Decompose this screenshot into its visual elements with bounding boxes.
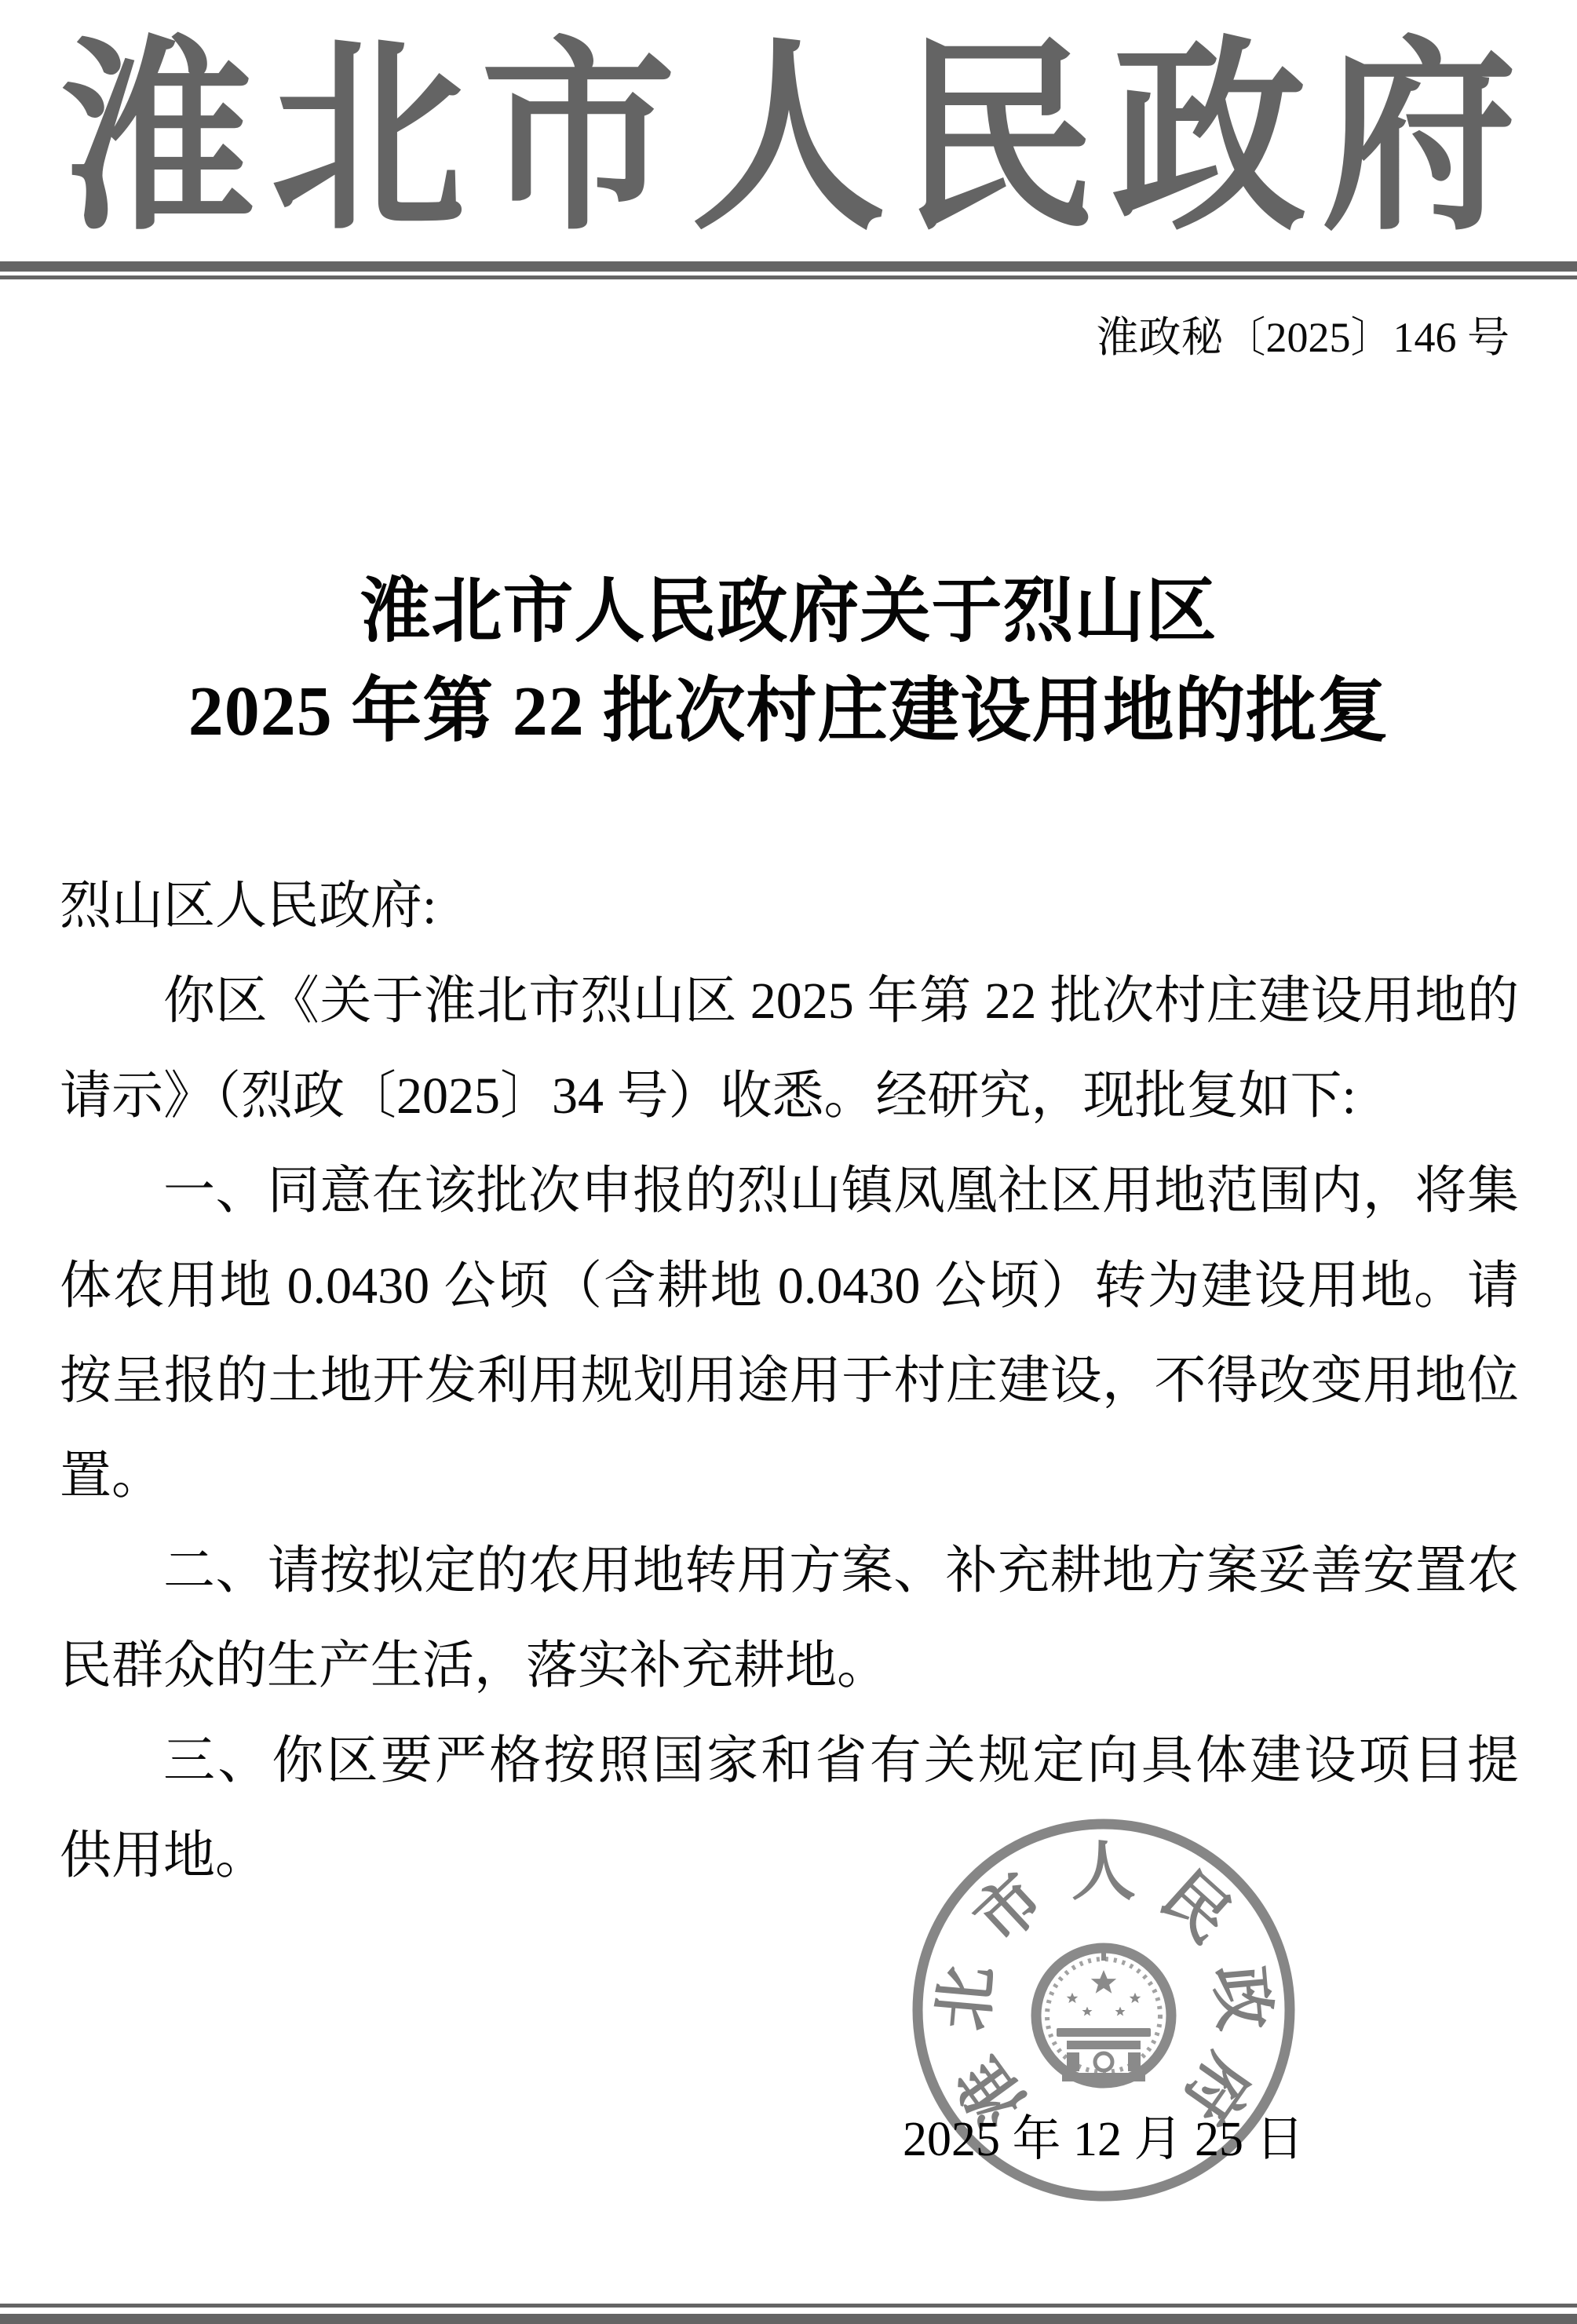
national-emblem (1036, 1943, 1171, 2083)
emblem-star-small (1082, 2007, 1093, 2016)
issue-date: 2025 年 12 月 25 日 (903, 2113, 1305, 2166)
document-page: 淮 北 市 人 民 政 府 淮政秘〔2025〕146 号 淮北市人民政府关于烈山… (0, 0, 1577, 2324)
masthead-char: 府 (1322, 31, 1517, 250)
body-line: 体农用地 0.0430 公顷（含耕地 0.0430 公顷）转为建设用地。请 (60, 1239, 1519, 1333)
emblem-star-small (1130, 1993, 1141, 2003)
emblem-gear (1095, 2053, 1112, 2070)
masthead-char: 市 (481, 31, 676, 250)
emblem-gate-roof (1057, 2028, 1151, 2037)
document-title-line-2: 2025 年第 22 批次村庄建设用地的批复 (0, 662, 1577, 761)
org-masthead: 淮 北 市 人 民 政 府 (60, 31, 1517, 265)
masthead-rule-thick (0, 261, 1577, 272)
emblem-gate-beam (1067, 2041, 1141, 2049)
document-title-line-1: 淮北市人民政府关于烈山区 (0, 562, 1577, 662)
emblem-pole (1101, 1943, 1106, 1961)
masthead-char: 民 (901, 31, 1096, 250)
body-line: 二、请按拟定的农用地转用方案、补充耕地方案妥善安置农 (60, 1523, 1519, 1618)
body-line: 置。 (60, 1428, 1519, 1523)
emblem-gate-pillar (1067, 2052, 1079, 2071)
emblem-star-large (1091, 1970, 1116, 1994)
document-body: 烈山区人民政府: 你区《关于淮北市烈山区 2025 年第 22 批次村庄建设用地… (60, 859, 1519, 1903)
document-title: 淮北市人民政府关于烈山区 2025 年第 22 批次村庄建设用地的批复 (0, 562, 1577, 761)
footer-rule-thick (0, 2314, 1577, 2324)
salutation-line: 烈山区人民政府: (60, 859, 1519, 954)
masthead-char: 北 (271, 31, 465, 250)
body-line: 民群众的生产生活，落实补充耕地。 (60, 1618, 1519, 1713)
seal-org-char: 人 (1071, 1837, 1136, 1908)
footer-rule-thin (0, 2304, 1577, 2308)
seal-org-char: 北 (928, 1963, 1005, 2034)
body-line: 按呈报的土地开发利用规划用途用于村庄建设，不得改变用地位 (60, 1333, 1519, 1428)
body-line: 三、你区要严格按照国家和省有关规定向具体建设项目提 (60, 1713, 1519, 1808)
emblem-base (1062, 2073, 1145, 2081)
body-line: 请示》（烈政〔2025〕34 号）收悉。经研究，现批复如下: (60, 1049, 1519, 1144)
emblem-star-small (1067, 1993, 1079, 2003)
seal-org-char: 政 (1203, 1963, 1279, 2034)
body-line: 供用地。 (60, 1808, 1519, 1903)
masthead-char: 政 (1112, 31, 1306, 250)
emblem-gate-pillar (1128, 2052, 1141, 2071)
masthead-char: 淮 (60, 31, 255, 250)
body-line: 你区《关于淮北市烈山区 2025 年第 22 批次村庄建设用地的 (60, 954, 1519, 1049)
emblem-star-small (1115, 2007, 1126, 2016)
masthead-rule-thin (0, 275, 1577, 279)
emblem-wreath (1036, 1948, 1171, 2083)
doc-number: 淮政秘〔2025〕146 号 (1097, 312, 1510, 363)
body-line: 一、同意在该批次申报的烈山镇凤凰社区用地范围内，将集 (60, 1144, 1519, 1239)
masthead-char: 人 (691, 31, 885, 250)
